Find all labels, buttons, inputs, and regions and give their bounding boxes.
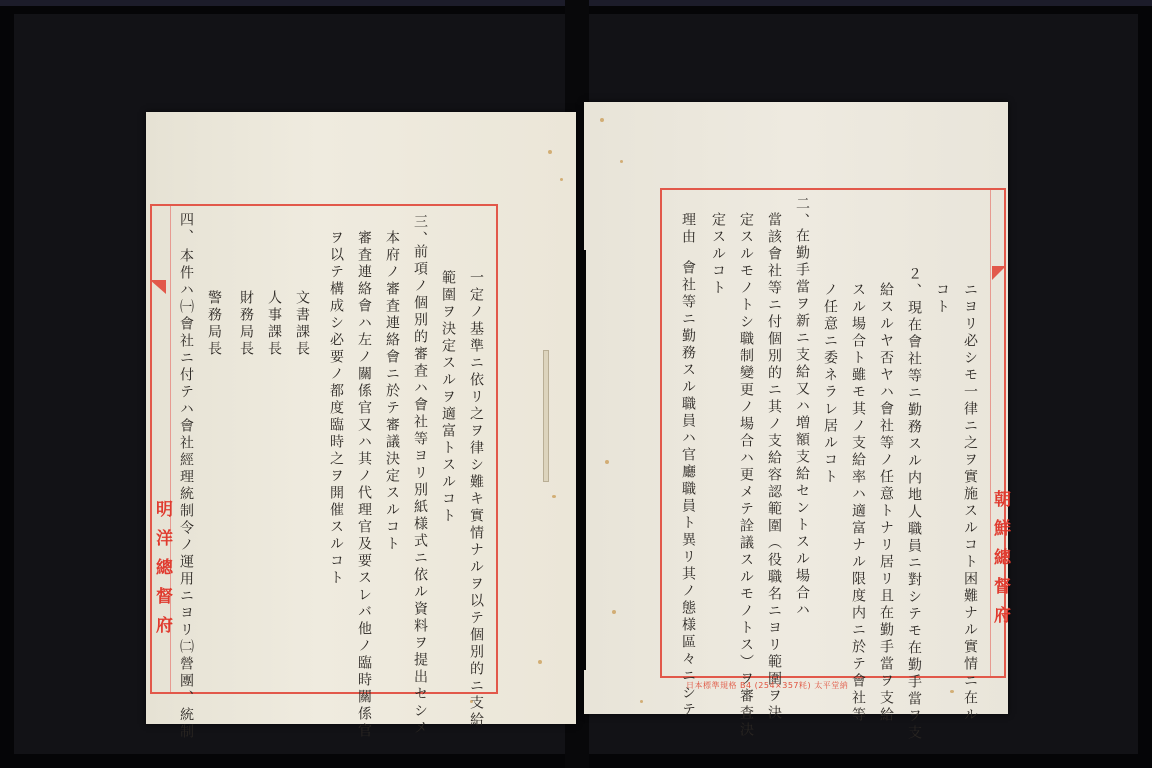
right-col-10: 定スルモノトシ職制變更ノ場合ハ更メテ詮議スルモノトス）ヲ審査決 bbox=[738, 212, 754, 739]
left-col-11: 警務局長 bbox=[206, 290, 222, 358]
left-col-4: 前項ノ個別的審査ハ會社等ヨリ別紙様式ニ依ル資料ヲ提出セシメ bbox=[412, 244, 428, 737]
left-col-8: 文書課長 bbox=[294, 290, 310, 358]
right-red-tab bbox=[992, 266, 1006, 280]
left-col-12: 四、 bbox=[178, 212, 194, 246]
foxing-spot bbox=[640, 700, 643, 703]
right-col-5: スル場合ト雖モ其ノ支給率ハ適富ナル限度内ニ於テ會社等 bbox=[850, 282, 866, 724]
foxing-spot bbox=[605, 460, 609, 464]
left-col-3: 三、 bbox=[412, 214, 428, 248]
left-col-10: 財務局長 bbox=[238, 290, 254, 358]
foxing-spot bbox=[620, 160, 623, 163]
right-col-12: 理由 bbox=[680, 212, 696, 246]
right-col-8: 在勤手當ヲ新ニ支給又ハ増額支給セントスル場合ハ bbox=[794, 228, 810, 619]
left-red-tab bbox=[150, 280, 166, 294]
foxing-spot bbox=[612, 610, 616, 614]
left-col-13: 本件ハ㈠會社ニ付テハ會社經理統制令ノ運用ニヨリ㈡營團、統制 bbox=[178, 248, 194, 741]
right-margin-label: 朝鮮總督府 bbox=[988, 490, 1013, 635]
right-col-3: ２、現在會社等ニ勤務スル内地人職員ニ對シテモ在勤手當ヲ支 bbox=[906, 266, 922, 742]
foxing-spot bbox=[950, 690, 954, 693]
right-col-11: 定スルコト bbox=[710, 212, 726, 297]
right-col-13: 會社等ニ勤務スル職員ハ官廳職員ト異リ其ノ態様區々ニシテ bbox=[680, 260, 696, 719]
foxing-spot bbox=[538, 660, 542, 664]
left-col-9: 人事課長 bbox=[266, 290, 282, 358]
right-col-6: ノ任意ニ委ネラレ居ルコト bbox=[822, 282, 838, 486]
foxing-spot bbox=[600, 118, 604, 122]
left-col-1: 一定ノ基準ニ依リ之ヲ律シ難キ實情ナルヲ以テ個別的ニ支給 bbox=[468, 270, 484, 729]
left-col-7: ヲ以テ構成シ必要ノ都度臨時之ヲ開催スルコト bbox=[328, 230, 344, 587]
left-col-6: 審査連絡會ハ左ノ關係官又ハ其ノ代理官及要スレバ他ノ臨時關係官 bbox=[356, 230, 372, 740]
right-col-7: 二、 bbox=[794, 196, 810, 230]
binding-thread bbox=[543, 350, 549, 482]
left-col-2: 範圍ヲ決定スルヲ適富トスルコト bbox=[440, 270, 456, 525]
left-margin-label: 明洋總督府 bbox=[150, 500, 175, 645]
left-col-5: 本府ノ審査連絡會ニ於テ審議決定スルコト bbox=[384, 230, 400, 553]
right-col-2: コト bbox=[934, 282, 950, 316]
right-col-4: 給スルヤ否ヤハ會社等ノ任意トナリ居リ且在勤手當ヲ支給 bbox=[878, 282, 894, 724]
spine-tear bbox=[578, 250, 586, 670]
foxing-spot bbox=[548, 150, 552, 154]
right-col-1: ニヨリ必シモ一律ニ之ヲ實施スルコト困難ナル實情ニ在ル bbox=[962, 282, 978, 724]
right-col-9: 當該會社等ニ付個別的ニ其ノ支給容認範圍（役職名ニヨリ範圍ヲ決 bbox=[766, 212, 782, 722]
foxing-spot bbox=[560, 178, 563, 181]
foxing-spot bbox=[552, 495, 556, 498]
